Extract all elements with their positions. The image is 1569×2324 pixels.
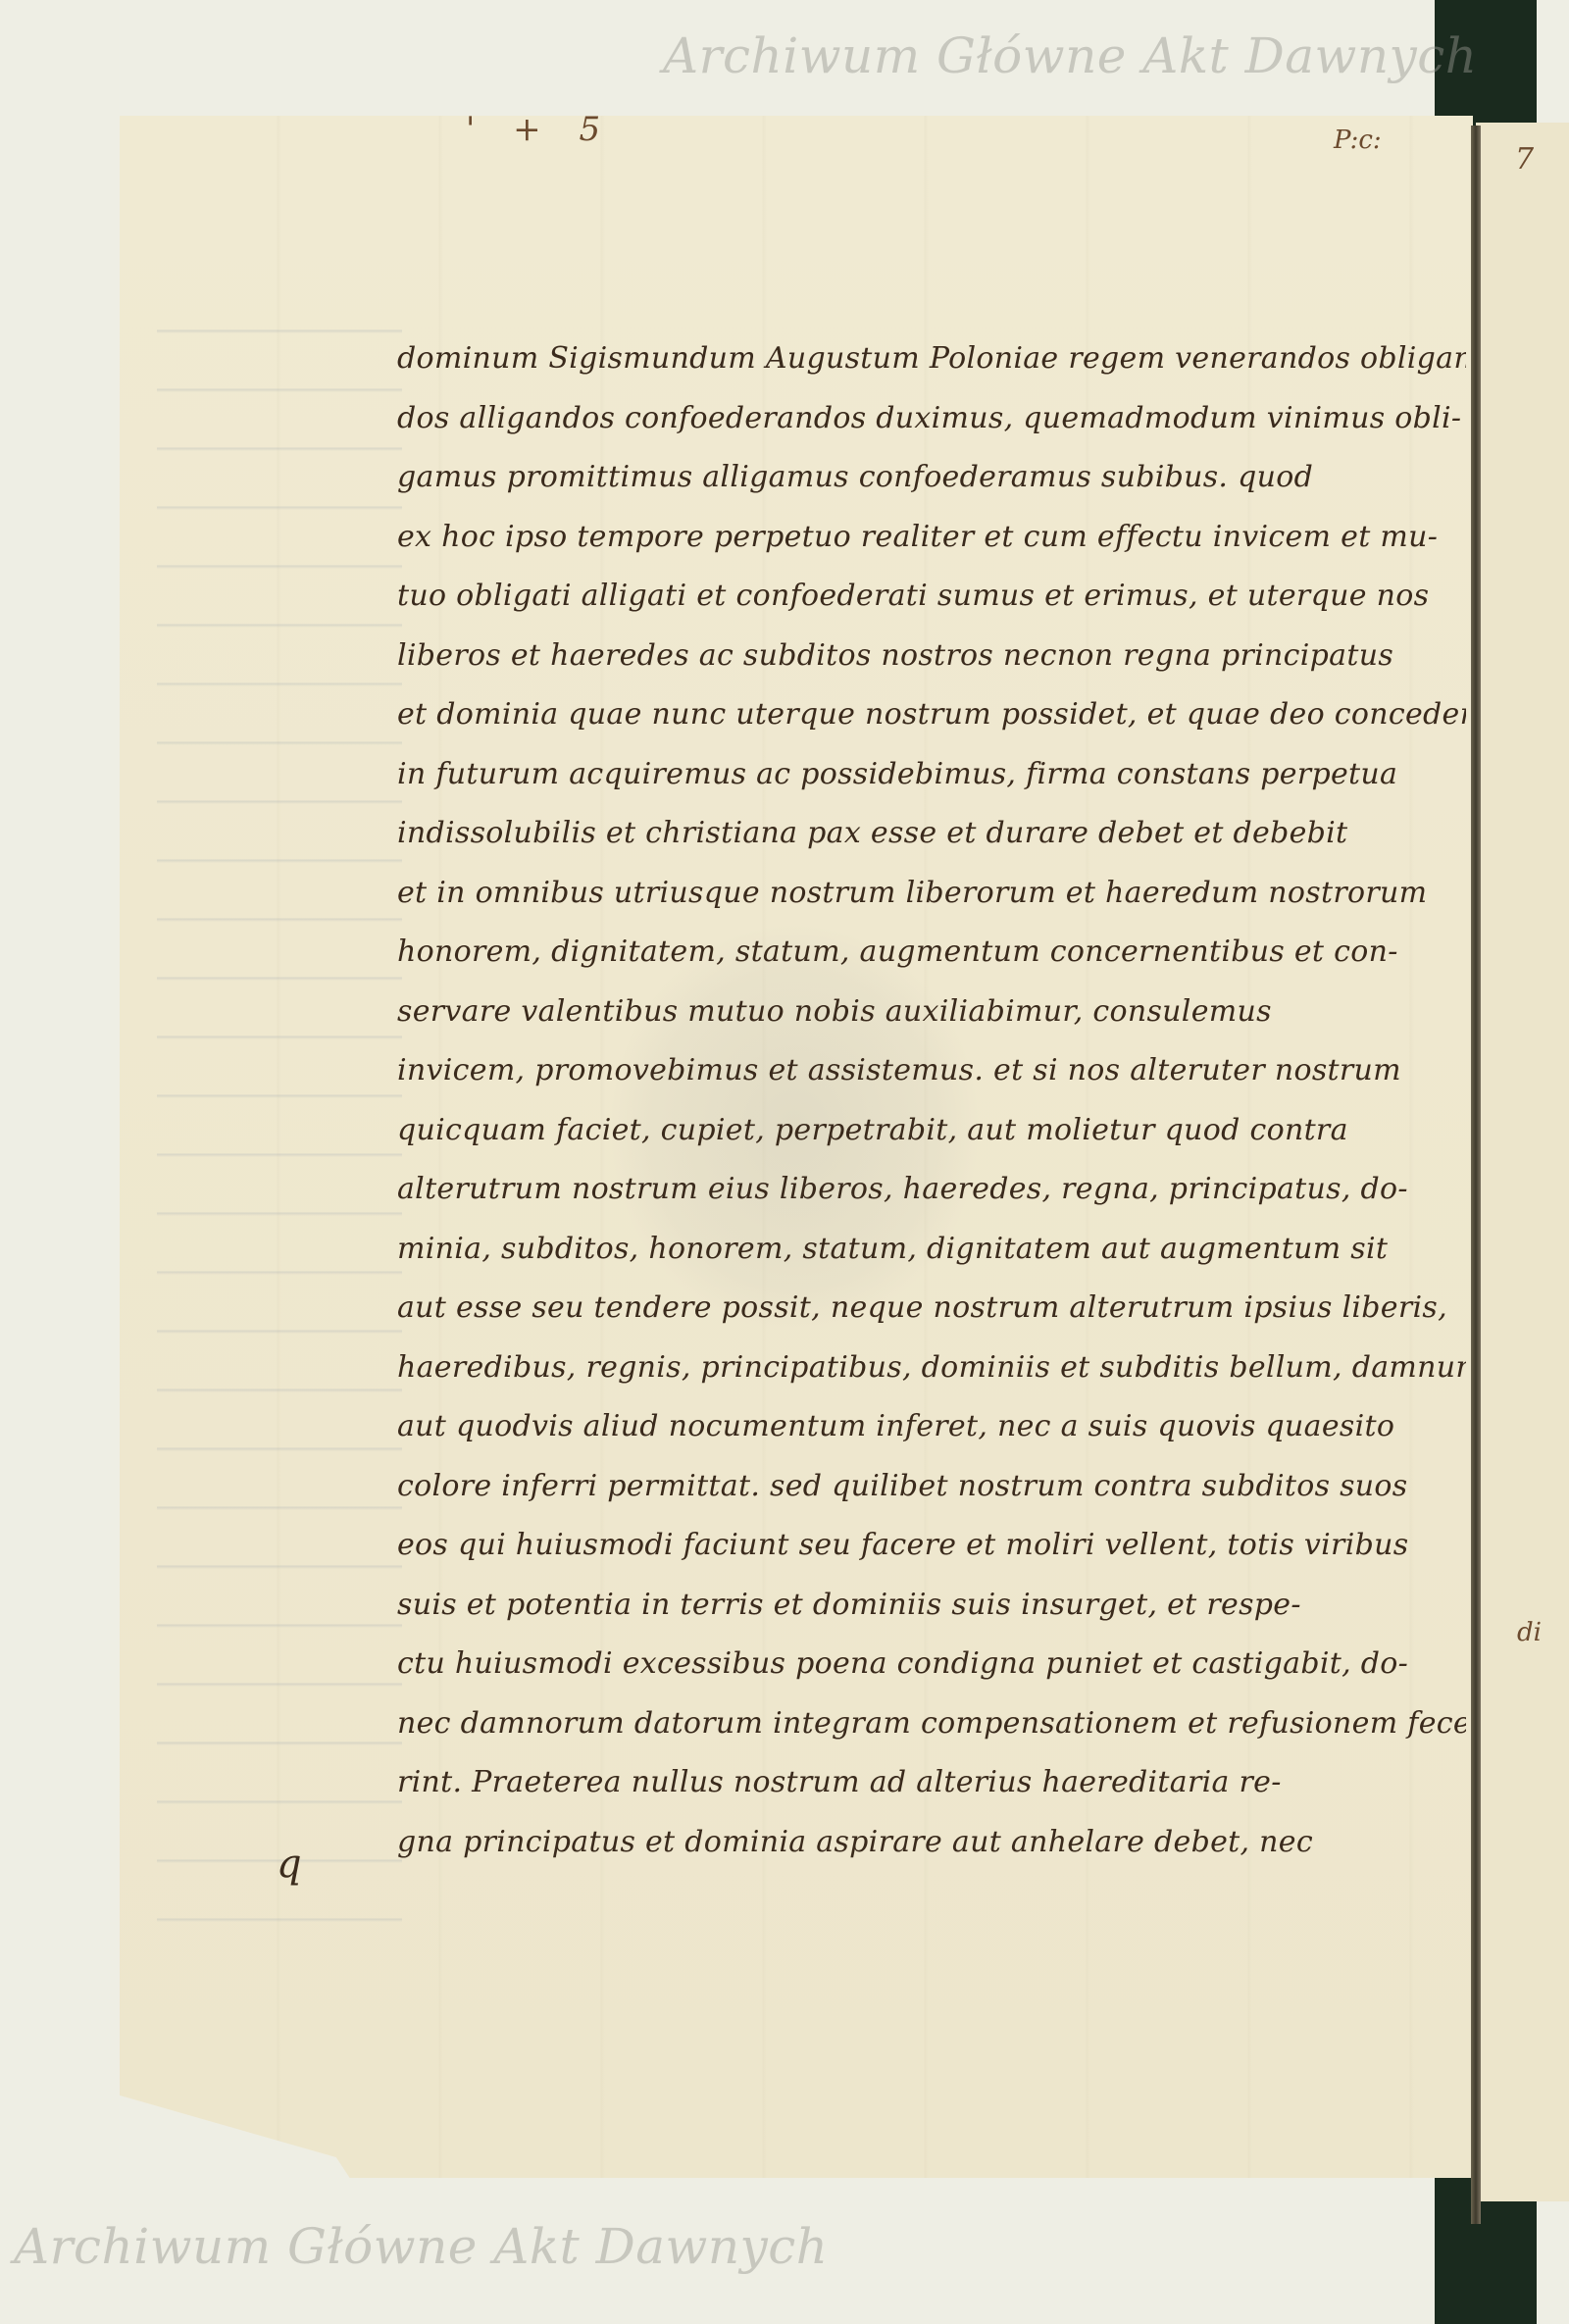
text-line: suis et potentia in terris et dominiis s… (397, 1576, 1466, 1636)
text-line: ex hoc ipso tempore perpetuo realiter et… (397, 508, 1466, 568)
text-line: liberos et haeredes ac subditos nostros … (397, 627, 1466, 686)
page-gutter (1471, 126, 1481, 2224)
manuscript-text: dominum Sigismundum Augustum Poloniae re… (397, 329, 1466, 1872)
archive-watermark-bottom: Archiwum Główne Akt Dawnych (14, 2218, 829, 2275)
text-line: rint. Praeterea nullus nostrum ad alteri… (397, 1753, 1466, 1813)
ink-bleed-through (157, 294, 402, 1961)
text-line: colore inferri permittat. sed quilibet n… (397, 1457, 1466, 1517)
text-line: et dominia quae nunc uterque nostrum pos… (397, 685, 1466, 745)
text-line: nec damnorum datorum integram compensati… (397, 1694, 1466, 1754)
text-line: invicem, promovebimus et assistemus. et … (397, 1041, 1466, 1101)
text-line: gamus promittimus alligamus confoederamu… (397, 448, 1466, 508)
next-page-margin-note: di (1517, 1618, 1542, 1647)
text-line: indissolubilis et christiana pax esse et… (397, 804, 1466, 864)
text-line: honorem, dignitatem, statum, augmentum c… (397, 923, 1466, 983)
text-line: tuo obligati alligati et confoederati su… (397, 567, 1466, 627)
text-line: servare valentibus mutuo nobis auxiliabi… (397, 983, 1466, 1042)
text-line: dominum Sigismundum Augustum Poloniae re… (397, 329, 1466, 389)
text-line: in futurum acquiremus ac possidebimus, f… (397, 745, 1466, 805)
adjacent-page (1476, 123, 1569, 2201)
archive-watermark-top: Archiwum Główne Akt Dawnych (663, 27, 1478, 84)
text-line: eos qui huiusmodi faciunt seu facere et … (397, 1516, 1466, 1576)
text-line: gna principatus et dominia aspirare aut … (397, 1813, 1466, 1873)
text-line: et in omnibus utriusque nostrum liberoru… (397, 864, 1466, 924)
next-page-number: 7 (1515, 142, 1534, 177)
margin-note: q (277, 1842, 302, 1887)
text-line: alterutrum nostrum eius liberos, haerede… (397, 1160, 1466, 1220)
folio-mark-top-right: P:c: (1334, 126, 1382, 155)
text-line: quicquam faciet, cupiet, perpetrabit, au… (397, 1101, 1466, 1161)
folio-mark-top-left: ' + 5 (466, 110, 614, 149)
text-line: haeredibus, regnis, principatibus, domin… (397, 1339, 1466, 1398)
text-line: minia, subditos, honorem, statum, dignit… (397, 1220, 1466, 1280)
text-line: aut quodvis aliud nocumentum inferet, ne… (397, 1397, 1466, 1457)
text-line: dos alligandos confoederandos duximus, q… (397, 389, 1466, 449)
text-line: aut esse seu tendere possit, neque nostr… (397, 1279, 1466, 1339)
text-line: ctu huiusmodi excessibus poena condigna … (397, 1635, 1466, 1694)
